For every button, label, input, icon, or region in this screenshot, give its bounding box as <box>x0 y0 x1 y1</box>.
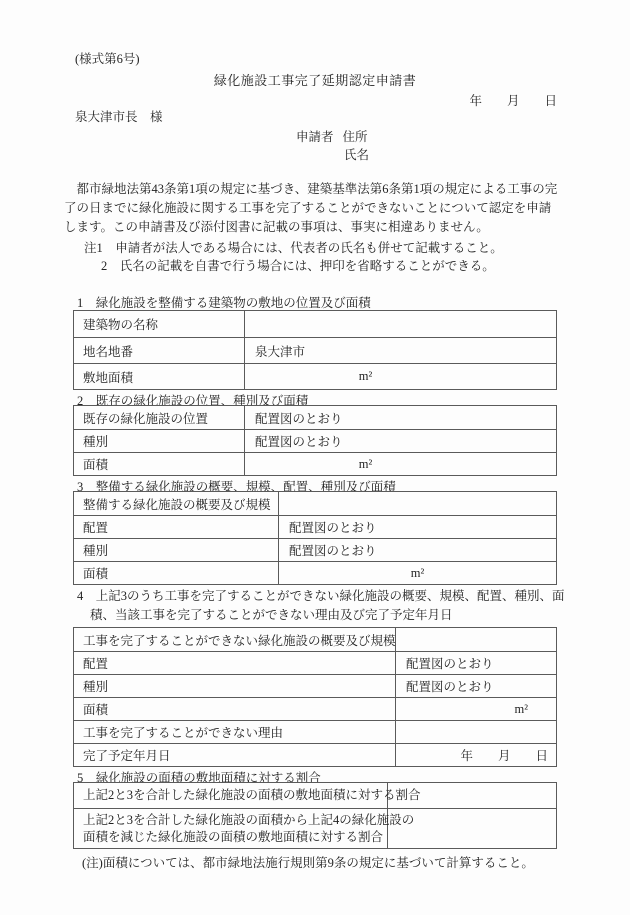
cell-label: 完了予定年月日 <box>74 744 396 766</box>
table-row: 配置 配置図のとおり <box>74 515 556 538</box>
cell-label: 上記2と3を合計した緑化施設の面積の敷地面積に対する割合 <box>74 783 388 808</box>
name-label: 氏名 <box>344 145 369 163</box>
applicant-line: 申請者住所 <box>296 127 368 145</box>
cell-value-date: 年 月 日 <box>396 746 556 764</box>
address-label: 住所 <box>343 130 368 144</box>
cell-label: 上記2と3を合計した緑化施設の面積から上記4の緑化施設の 面積を減じた緑化施設の… <box>74 809 388 848</box>
note-2: 2 氏名の記載を自書で行う場合には、押印を省略することができる。 <box>101 256 495 274</box>
cell-value: 配置図のとおり <box>245 409 556 427</box>
section-1-heading: 1 緑化施設を整備する建築物の敷地の位置及び面積 <box>77 293 371 311</box>
table-row: 上記2と3を合計した緑化施設の面積から上記4の緑化施設の 面積を減じた緑化施設の… <box>74 808 556 848</box>
cell-label: 工事を完了することができない理由 <box>74 721 396 743</box>
cell-label: 配置 <box>74 516 279 538</box>
table-row: 完了予定年月日 年 月 日 <box>74 743 556 766</box>
table-row: 敷地面積 m² <box>74 363 556 389</box>
applicant-label: 申請者 <box>296 130 334 144</box>
addressee: 泉大津市長 様 <box>75 107 163 125</box>
cell-value: 配置図のとおり <box>245 432 556 450</box>
cell-value: 配置図のとおり <box>279 518 556 536</box>
table-existing-greening: 既存の緑化施設の位置 配置図のとおり 種別 配置図のとおり 面積 m² <box>73 405 557 476</box>
table-row: 既存の緑化施設の位置 配置図のとおり <box>74 406 556 429</box>
cell-label: 敷地面積 <box>74 364 245 389</box>
cell-value: 配置図のとおり <box>396 654 556 672</box>
cell-label: 面積 <box>74 453 245 475</box>
cell-value: 泉大津市 <box>245 342 556 360</box>
table-greening-ratio: 上記2と3を合計した緑化施設の面積の敷地面積に対する割合 上記2と3を合計した緑… <box>73 782 557 849</box>
cell-value-unit: m² <box>245 369 556 384</box>
table-row: 工事を完了することができない理由 <box>74 720 556 743</box>
table-row: 種別 配置図のとおり <box>74 674 556 697</box>
footnote: (注)面積については、都市緑地法施行規則第9条の規定に基づいて計算すること。 <box>82 853 534 871</box>
preamble-line: 都市緑地法第43条第1項の規定に基づき、建築基準法第6条第1項の規定による工事の… <box>64 180 557 199</box>
table-row: 整備する緑化施設の概要及び規模 <box>74 492 556 515</box>
cell-value: 配置図のとおり <box>279 541 556 559</box>
cell-value: 配置図のとおり <box>396 677 556 695</box>
cell-label-line1: 上記2と3を合計した緑化施設の面積から上記4の緑化施設の <box>83 812 387 829</box>
table-uncompleted-works: 工事を完了することができない緑化施設の概要及び規模 配置 配置図のとおり 種別 … <box>73 627 557 767</box>
table-row: 上記2と3を合計した緑化施設の面積の敷地面積に対する割合 <box>74 783 556 808</box>
cell-label: 工事を完了することができない緑化施設の概要及び規模 <box>74 628 396 651</box>
cell-label: 配置 <box>74 652 396 674</box>
cell-label: 地名地番 <box>74 338 245 363</box>
form-number: (様式第6号) <box>75 49 140 67</box>
preamble-line: 了の日までに緑化施設に関する工事を完了することができないことについて認定を申請 <box>64 199 551 218</box>
cell-label: 建築物の名称 <box>74 311 245 337</box>
cell-label: 整備する緑化施設の概要及び規模 <box>74 492 279 515</box>
cell-value-unit: m² <box>396 702 556 717</box>
table-row: 地名地番 泉大津市 <box>74 337 556 363</box>
preamble-line: します。この申請書及び添付図書に記載の事項は、事実に相違ありません。 <box>64 218 489 237</box>
note-1: 注1 申請者が法人である場合には、代表者の氏名も併せて記載すること。 <box>84 238 503 256</box>
cell-label: 種別 <box>74 539 279 561</box>
page-title: 緑化施設工事完了延期認定申請書 <box>0 70 630 89</box>
table-row: 種別 配置図のとおり <box>74 429 556 452</box>
table-planned-greening: 整備する緑化施設の概要及び規模 配置 配置図のとおり 種別 配置図のとおり 面積… <box>73 491 557 585</box>
section-4-heading: 4 上記3のうち工事を完了することができない緑化施設の概要、規模、配置、種別、面… <box>77 587 565 625</box>
table-building-site: 建築物の名称 地名地番 泉大津市 敷地面積 m² <box>73 310 557 390</box>
cell-label: 種別 <box>74 430 245 452</box>
table-row: 面積 m² <box>74 452 556 475</box>
section-4-heading-line2: 積、当該工事を完了することができない理由及び完了予定年月日 <box>77 606 565 625</box>
cell-label: 種別 <box>74 675 396 697</box>
document-page: (様式第6号) 緑化施設工事完了延期認定申請書 年 月 日 泉大津市長 様 申請… <box>0 0 630 915</box>
cell-value-unit: m² <box>279 566 556 581</box>
cell-value-unit: m² <box>245 457 556 472</box>
section-4-heading-line1: 4 上記3のうち工事を完了することができない緑化施設の概要、規模、配置、種別、面 <box>77 587 565 606</box>
cell-label: 面積 <box>74 562 279 584</box>
cell-label-line2: 面積を減じた緑化施設の面積の敷地面積に対する割合 <box>83 829 387 846</box>
cell-label: 既存の緑化施設の位置 <box>74 406 245 429</box>
table-row: 面積 m² <box>74 697 556 720</box>
table-row: 配置 配置図のとおり <box>74 651 556 674</box>
table-row: 工事を完了することができない緑化施設の概要及び規模 <box>74 628 556 651</box>
table-row: 種別 配置図のとおり <box>74 538 556 561</box>
table-row: 建築物の名称 <box>74 311 556 337</box>
cell-label: 面積 <box>74 698 396 720</box>
table-row: 面積 m² <box>74 561 556 584</box>
